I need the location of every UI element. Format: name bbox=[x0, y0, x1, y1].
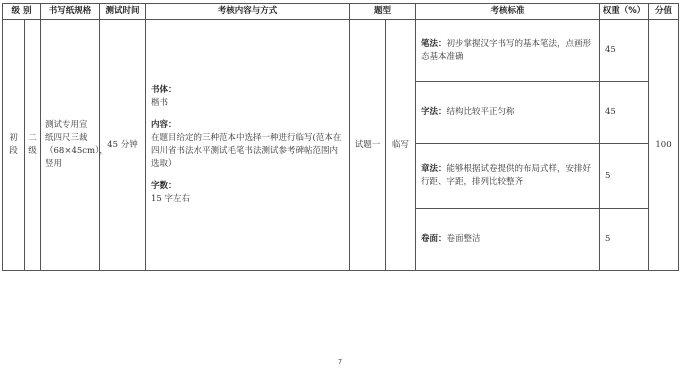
assessment-table: 级 别 书写纸规格 测试时间 考核内容与方式 题型 考核标准 权重（%） 分值 … bbox=[2, 3, 679, 271]
weight-cell: 45 bbox=[600, 20, 649, 82]
criteria-text: 结构比较平正匀称 bbox=[447, 107, 515, 117]
weight-cell: 45 bbox=[600, 82, 649, 144]
question-no: 试题一 bbox=[350, 20, 386, 271]
criteria-row-1: 初 段 二 级 测试专用宣纸四尺三裁（68×45cm），竖用 45 分钟 书体：… bbox=[3, 20, 679, 82]
criteria-cell: 章法：能够根据试卷提供的布局式样，安排好行距、字距，排列比较整齐 bbox=[416, 144, 600, 209]
criteria-label: 卷面： bbox=[421, 234, 447, 244]
header-content-method: 考核内容与方式 bbox=[146, 4, 350, 20]
weight-cell: 5 bbox=[600, 209, 649, 271]
content-value: 在题目给定的三种范本中选择一种进行临写(范本在四川省书法水平测试毛笔书法测试参考… bbox=[151, 132, 344, 171]
criteria-cell: 卷面：卷面整洁 bbox=[416, 209, 600, 271]
header-test-time: 测试时间 bbox=[100, 4, 146, 20]
count-value: 15 字左右 bbox=[151, 193, 344, 206]
header-paper-spec: 书写纸规格 bbox=[41, 4, 100, 20]
level-grade: 二 级 bbox=[25, 20, 41, 271]
criteria-label: 章法： bbox=[421, 164, 447, 174]
header-weight: 权重（%） bbox=[600, 4, 649, 20]
criteria-label: 笔法： bbox=[421, 39, 447, 49]
header-row: 级 别 书写纸规格 测试时间 考核内容与方式 题型 考核标准 权重（%） 分值 bbox=[3, 4, 679, 20]
weight-cell: 5 bbox=[600, 144, 649, 209]
header-level: 级 别 bbox=[3, 4, 41, 20]
content-section: 内容： 在题目给定的三种范本中选择一种进行临写(范本在四川省书法水平测试毛笔书法… bbox=[151, 119, 344, 171]
criteria-cell: 字法：结构比较平正匀称 bbox=[416, 82, 600, 144]
content-method: 书体： 楷书 内容： 在题目给定的三种范本中选择一种进行临写(范本在四川省书法水… bbox=[146, 20, 350, 271]
font-section: 书体： 楷书 bbox=[151, 84, 344, 110]
header-criteria: 考核标准 bbox=[416, 4, 600, 20]
criteria-text: 初步掌握汉字书写的基本笔法，点画形态基本准确 bbox=[421, 39, 591, 62]
paper-spec: 测试专用宣纸四尺三裁（68×45cm），竖用 bbox=[41, 20, 100, 271]
content-label: 内容： bbox=[151, 119, 344, 132]
score-cell: 100 bbox=[649, 20, 679, 271]
header-question-type: 题型 bbox=[350, 4, 416, 20]
criteria-text: 能够根据试卷提供的布局式样，安排好行距、字距，排列比较整齐 bbox=[421, 164, 591, 187]
test-time: 45 分钟 bbox=[100, 20, 146, 271]
criteria-text: 卷面整洁 bbox=[447, 234, 481, 244]
criteria-label: 字法： bbox=[421, 107, 447, 117]
count-label: 字数： bbox=[151, 180, 344, 193]
header-score: 分值 bbox=[649, 4, 679, 20]
question-kind: 临写 bbox=[386, 20, 416, 271]
page-number: 7 bbox=[0, 358, 680, 366]
criteria-cell: 笔法：初步掌握汉字书写的基本笔法，点画形态基本准确 bbox=[416, 20, 600, 82]
font-label: 书体： bbox=[151, 84, 344, 97]
count-section: 字数： 15 字左右 bbox=[151, 180, 344, 206]
level-stage: 初 段 bbox=[3, 20, 25, 271]
font-value: 楷书 bbox=[151, 97, 344, 110]
